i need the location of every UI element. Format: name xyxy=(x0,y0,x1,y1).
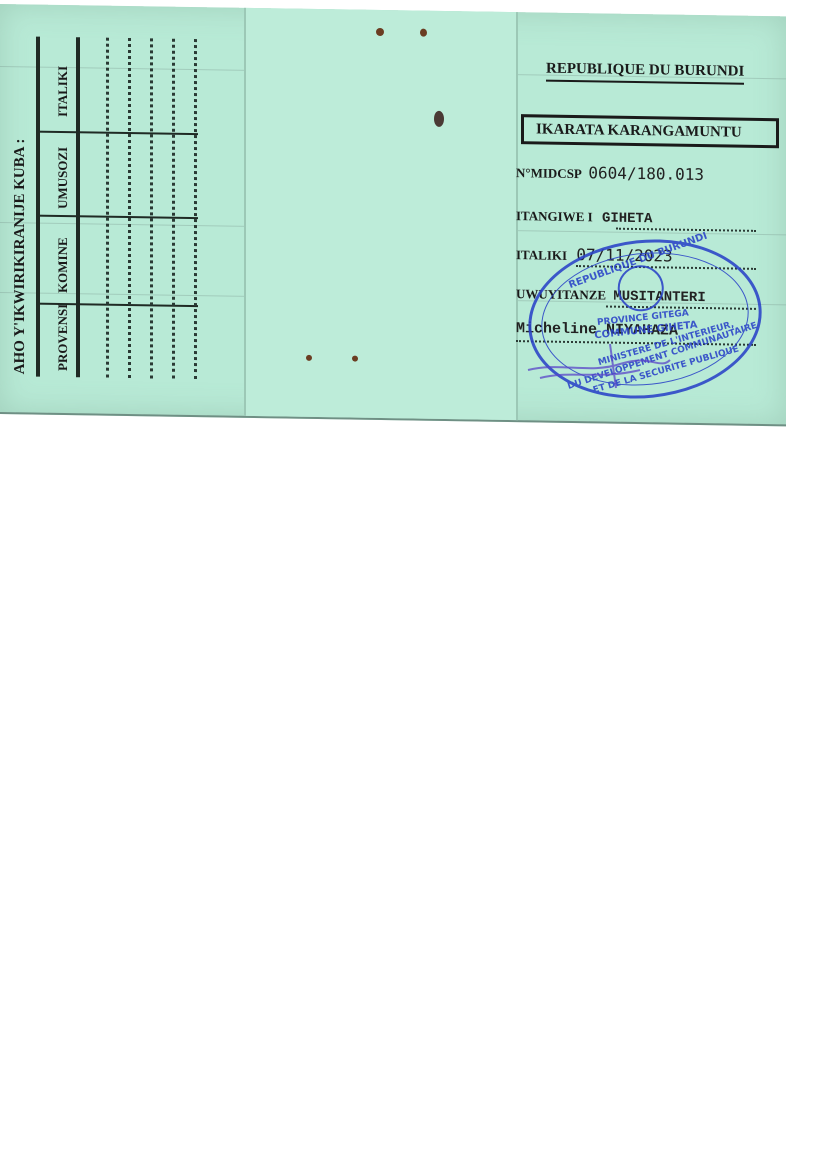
column-header-italiki: ITALIKI xyxy=(55,66,71,117)
blank-entry-row xyxy=(128,38,131,378)
column-header-umusozi: UMUSOZI xyxy=(55,147,71,209)
blank-entry-row xyxy=(172,39,175,379)
address-table: AHO Y'IKWIRIKIRANIJE KUBA : PROVENSI KOM… xyxy=(10,34,230,387)
issued-at-value: GIHETA xyxy=(602,210,652,227)
card-number-label: N°MIDCSP xyxy=(516,165,581,181)
issued-at-field: ITANGIWE I GIHETA xyxy=(516,208,652,227)
stain-spot xyxy=(434,111,444,127)
dotted-line xyxy=(616,228,756,232)
blank-middle-panel xyxy=(244,8,518,420)
blank-entry-row xyxy=(194,39,197,379)
column-header-komine: KOMINE xyxy=(55,237,71,293)
rust-spot xyxy=(352,356,358,362)
issue-date-label: ITALIKI xyxy=(516,247,567,263)
rust-spot xyxy=(376,28,384,36)
table-rule xyxy=(36,37,40,377)
signature-mark xyxy=(520,340,680,390)
column-header-provensi: PROVENSI xyxy=(55,304,71,371)
card-type-title: IKARATA KARANGAMUNTU xyxy=(521,114,779,148)
address-history-panel: AHO Y'IKWIRIKIRANIJE KUBA : PROVENSI KOM… xyxy=(0,4,244,416)
blank-entry-row xyxy=(150,38,153,378)
card-number-value: 0604/180.013 xyxy=(588,163,704,184)
table-rule xyxy=(76,37,80,377)
rust-spot xyxy=(420,29,427,37)
country-title: REPUBLIQUE DU BURUNDI xyxy=(546,61,744,85)
issued-at-label: ITANGIWE I xyxy=(516,208,593,224)
rust-spot xyxy=(306,355,312,361)
card-number-field: N°MIDCSP 0604/180.013 xyxy=(516,162,704,184)
blank-entry-row xyxy=(106,38,109,378)
address-table-title: AHO Y'IKWIRIKIRANIJE KUBA : xyxy=(12,138,29,374)
